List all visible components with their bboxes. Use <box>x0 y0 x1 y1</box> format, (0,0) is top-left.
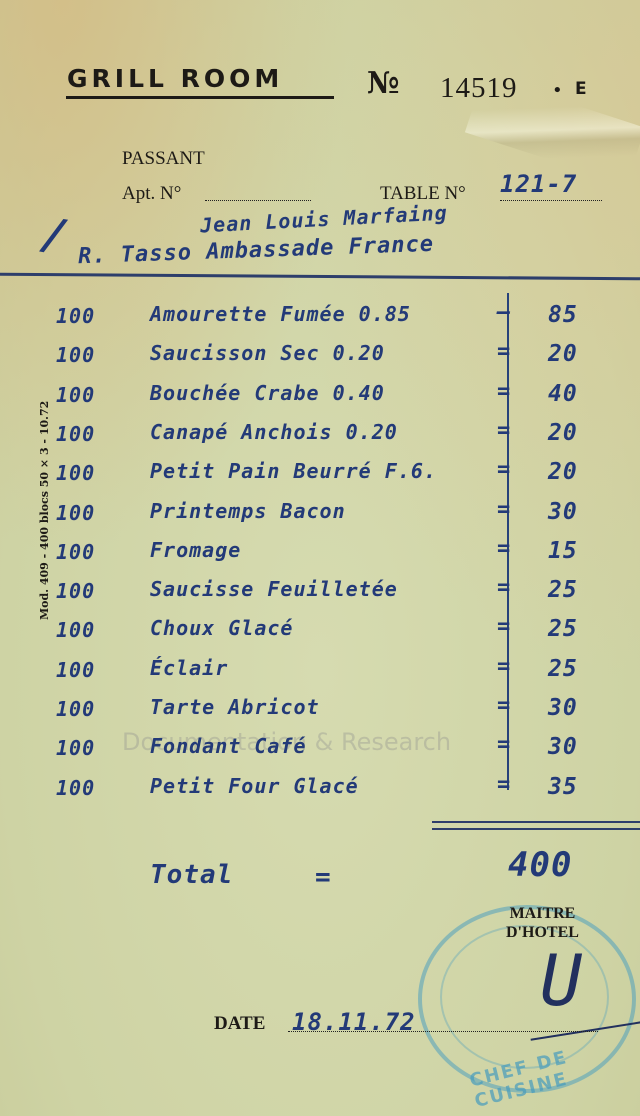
item-amount: 30 <box>548 695 578 721</box>
item-description: Choux Glacé <box>150 616 293 640</box>
item-separator: = <box>497 418 511 443</box>
item-separator: – <box>497 300 511 325</box>
line-item: 100Amourette Fumée 0.85–85 <box>0 300 640 340</box>
item-description: Canapé Anchois 0.20 <box>150 420 398 444</box>
item-qty: 100 <box>56 736 95 760</box>
total-rule-double <box>432 828 640 830</box>
passant-label: PASSANT <box>122 148 205 170</box>
total-value: 400 <box>508 845 572 885</box>
item-separator: = <box>497 732 511 757</box>
item-separator: = <box>497 693 511 718</box>
maitre-line1: MAITRE <box>506 904 579 923</box>
item-separator: = <box>497 614 511 639</box>
maitre-dhotel-label: MAITRE D'HOTEL <box>506 904 579 942</box>
item-amount: 25 <box>548 656 578 682</box>
item-description: Tarte Abricot <box>150 695 320 719</box>
line-item: 100Choux Glacé=25 <box>0 614 640 654</box>
apt-label: Apt. N° <box>122 183 181 205</box>
date-value: 18.11.72 <box>292 1008 416 1036</box>
item-amount: 20 <box>548 459 578 485</box>
item-description: Printemps Bacon <box>150 499 346 523</box>
line-item: 100Printemps Bacon=30 <box>0 497 640 537</box>
total-label: Total <box>150 860 233 890</box>
item-qty: 100 <box>56 579 95 603</box>
table-field <box>500 200 602 201</box>
item-description: Éclair <box>150 656 228 680</box>
line-item: 100Petit Pain Beurré F.6.=20 <box>0 457 640 497</box>
item-separator: = <box>497 497 511 522</box>
serial-number: 14519 <box>440 72 518 105</box>
line-item: 100Fondant Café=30 <box>0 732 640 772</box>
item-amount: 25 <box>548 616 578 642</box>
item-separator: = <box>497 575 511 600</box>
line-item: 100Canapé Anchois 0.20=20 <box>0 418 640 458</box>
item-description: Saucisson Sec 0.20 <box>150 341 385 365</box>
item-amount: 30 <box>548 734 578 760</box>
item-description: Saucisse Feuilletée <box>150 577 398 601</box>
item-qty: 100 <box>56 461 95 485</box>
line-item: 100Éclair=25 <box>0 654 640 694</box>
item-separator: = <box>497 457 511 482</box>
item-qty: 100 <box>56 422 95 446</box>
total-equals: = <box>315 862 332 892</box>
item-separator: = <box>497 536 511 561</box>
item-qty: 100 <box>56 343 95 367</box>
item-amount: 40 <box>548 381 578 407</box>
item-description: Fromage <box>150 538 241 562</box>
item-separator: = <box>497 654 511 679</box>
title-underline <box>66 96 334 99</box>
line-item: 100Saucisson Sec 0.20=20 <box>0 339 640 379</box>
item-description: Petit Four Glacé <box>150 774 359 798</box>
item-amount: 30 <box>548 499 578 525</box>
serial-dot: • <box>552 80 563 101</box>
item-qty: 100 <box>56 383 95 407</box>
item-description: Bouchée Crabe 0.40 <box>150 381 385 405</box>
item-description: Amourette Fumée 0.85 <box>150 302 411 326</box>
item-amount: 85 <box>548 302 578 328</box>
item-qty: 100 <box>56 618 95 642</box>
line-item: 100Tarte Abricot=30 <box>0 693 640 733</box>
receipt-title: GRILL ROOM <box>67 64 283 93</box>
total-rule <box>432 821 640 823</box>
apt-field <box>205 200 311 201</box>
item-qty: 100 <box>56 540 95 564</box>
item-separator: = <box>497 772 511 797</box>
line-item: 100Fromage=15 <box>0 536 640 576</box>
line-item: 100Saucisse Feuilletée=25 <box>0 575 640 615</box>
series-letter: E <box>575 79 587 99</box>
item-amount: 15 <box>548 538 578 564</box>
item-description: Fondant Café <box>150 734 307 758</box>
item-qty: 100 <box>56 697 95 721</box>
item-qty: 100 <box>56 304 95 328</box>
item-separator: = <box>497 339 511 364</box>
item-separator: = <box>497 379 511 404</box>
line-item: 100Bouchée Crabe 0.40=40 <box>0 379 640 419</box>
item-qty: 100 <box>56 776 95 800</box>
number-sign: № <box>367 66 400 101</box>
signature: U <box>540 940 583 1022</box>
item-amount: 25 <box>548 577 578 603</box>
item-description: Petit Pain Beurré F.6. <box>150 459 437 483</box>
item-qty: 100 <box>56 658 95 682</box>
item-amount: 20 <box>548 341 578 367</box>
date-label: DATE <box>214 1013 265 1035</box>
line-item: 100Petit Four Glacé=35 <box>0 772 640 812</box>
item-amount: 35 <box>548 774 578 800</box>
table-value: 121-7 <box>500 170 577 198</box>
item-qty: 100 <box>56 501 95 525</box>
item-amount: 20 <box>548 420 578 446</box>
